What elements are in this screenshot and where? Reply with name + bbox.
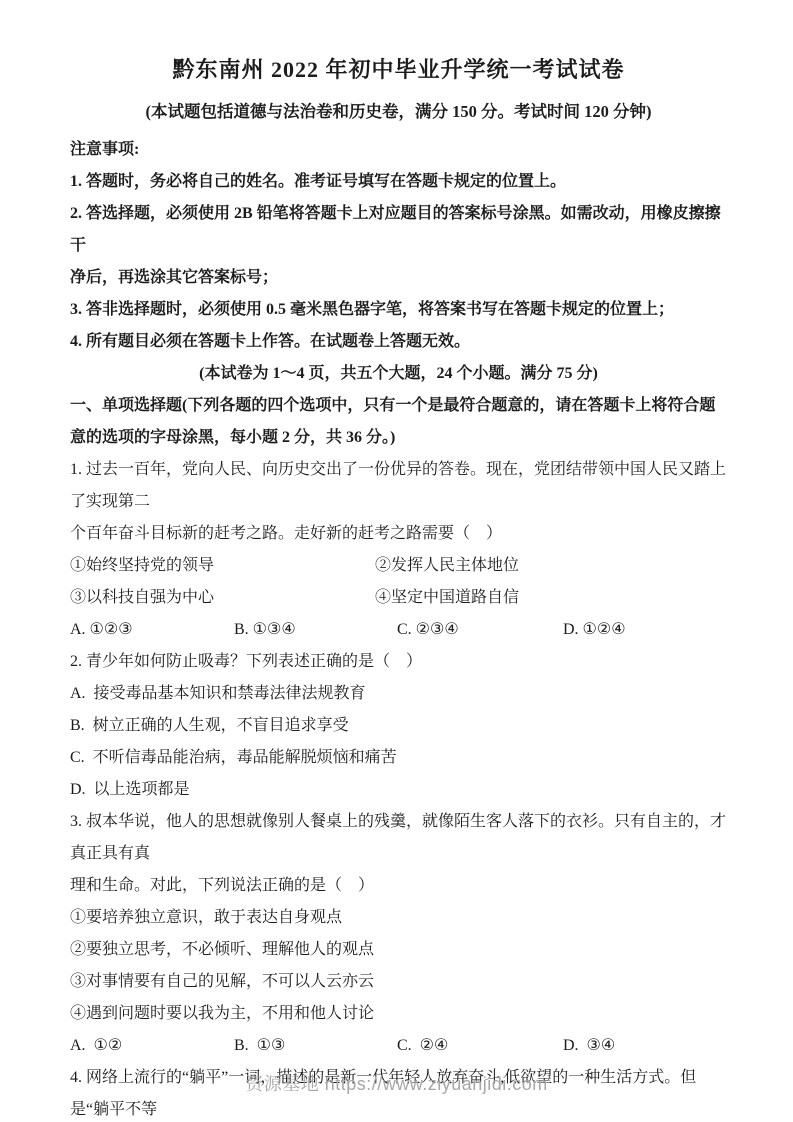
notice-line-2-continued: 干 xyxy=(70,230,727,262)
statement-item: ②发挥人民主体地位 xyxy=(375,550,727,582)
notice-line-2-continued-2: 净后，再选涂其它答案标号； xyxy=(70,262,727,294)
choice-item-b: B. ①③ xyxy=(234,1030,397,1062)
paper-info: (本试卷为 1～4 页，共五个大题，24 个小题。满分 75 分) xyxy=(70,358,727,390)
question-1-choices-row: A. ①②③ B. ①③④ C. ②③④ D. ①②④ xyxy=(70,614,727,646)
statement-item: ③以科技自强为中心 xyxy=(70,582,375,614)
notice-line-3: 3. 答非选择题时，必须使用 0.5 毫米黑色器字笔，将答案书写在答题卡规定的位… xyxy=(70,294,727,326)
choice-item-c: C. ②④ xyxy=(397,1030,563,1062)
choice-item-c: C. 不听信毒品能治病，毒品能解脱烦恼和痛苦 xyxy=(70,742,727,774)
section-heading-line-2: 意的选项的字母涂黑，每小题 2 分，共 36 分。) xyxy=(70,422,727,454)
exam-title: 黔东南州 2022 年初中毕业升学统一考试试卷 xyxy=(70,54,727,86)
notice-line-2: 2. 答选择题，必须使用 2B 铅笔将答题卡上对应题目的答案标号涂黑。如需改动，… xyxy=(70,198,727,230)
statement-item: ②要独立思考，不必倾听、理解他人的观点 xyxy=(70,934,727,966)
question-1-statements-row-2: ③以科技自强为中心 ④坚定中国道路自信 xyxy=(70,582,727,614)
question-3-text-line-2: 理和生命。对此，下列说法正确的是（ ） xyxy=(70,870,727,902)
choice-item-d: D. ③④ xyxy=(563,1030,727,1062)
footer-watermark: 资源基地 https://www.ziyuanjidi.com xyxy=(0,1070,793,1096)
notice-line-1: 1. 答题时，务必将自己的姓名。准考证号填写在答题卡规定的位置上。 xyxy=(70,166,727,198)
choice-item-c: C. ②③④ xyxy=(397,614,563,646)
question-1-text-line-2: 个百年奋斗目标新的赶考之路。走好新的赶考之路需要（ ） xyxy=(70,518,727,550)
question-3-text-line-1: 3. 叔本华说，他人的思想就像别人餐桌上的残羹，就像陌生客人落下的衣衫。只有自主… xyxy=(70,806,727,870)
question-1-text-line-1: 1. 过去一百年，党向人民、向历史交出了一份优异的答卷。现在，党团结带领中国人民… xyxy=(70,454,727,518)
statement-item: ①要培养独立意识，敢于表达自身观点 xyxy=(70,902,727,934)
question-2-text-line-1: 2. 青少年如何防止吸毒？下列表述正确的是（ ） xyxy=(70,646,727,678)
exam-subtitle: (本试题包括道德与法治卷和历史卷，满分 150 分。考试时间 120 分钟) xyxy=(70,100,727,124)
notice-line-4: 4. 所有题目必须在答题卡上作答。在试题卷上答题无效。 xyxy=(70,326,727,358)
question-1-statements-row-1: ①始终坚持党的领导 ②发挥人民主体地位 xyxy=(70,550,727,582)
choice-item-b: B. 树立正确的人生观，不盲目追求享受 xyxy=(70,710,727,742)
statement-item: ④坚定中国道路自信 xyxy=(375,582,727,614)
choice-item-a: A. ①② xyxy=(70,1030,234,1062)
notice-heading: 注意事项: xyxy=(70,134,727,166)
statement-item: ④遇到问题时要以我为主，不用和他人讨论 xyxy=(70,998,727,1030)
choice-item-d: D. ①②④ xyxy=(563,614,727,646)
choice-item-b: B. ①③④ xyxy=(234,614,397,646)
page-content: 黔东南州 2022 年初中毕业升学统一考试试卷 (本试题包括道德与法治卷和历史卷… xyxy=(0,0,793,1122)
choice-item-d: D. 以上选项都是 xyxy=(70,774,727,806)
question-3-choices-row: A. ①② B. ①③ C. ②④ D. ③④ xyxy=(70,1030,727,1062)
choice-item-a: A. ①②③ xyxy=(70,614,234,646)
section-heading-line-1: 一、单项选择题(下列各题的四个选项中，只有一个是最符合题意的，请在答题卡上将符合… xyxy=(70,390,727,422)
statement-item: ①始终坚持党的领导 xyxy=(70,550,375,582)
statement-item: ③对事情要有自己的见解，不可以人云亦云 xyxy=(70,966,727,998)
exam-paper-page: 黔东南州 2022 年初中毕业升学统一考试试卷 (本试题包括道德与法治卷和历史卷… xyxy=(0,0,793,1122)
choice-item-a: A. 接受毒品基本知识和禁毒法律法规教育 xyxy=(70,678,727,710)
